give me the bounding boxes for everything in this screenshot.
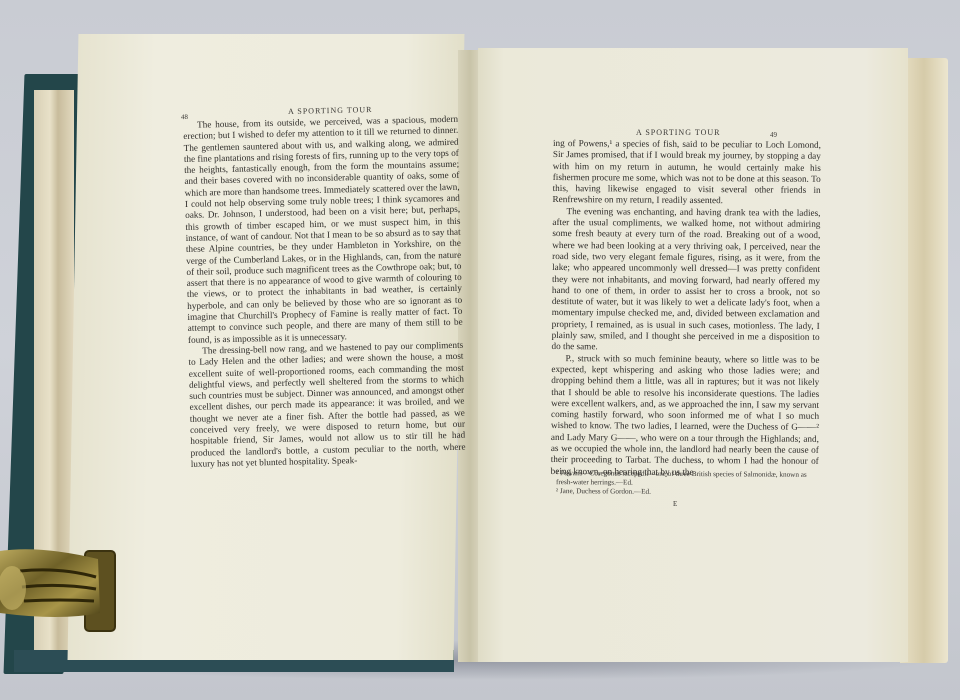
brass-hand-bookmark-icon [0, 543, 116, 635]
left-paragraph-1: The house, from its outside, we perceive… [183, 114, 463, 346]
signature-mark: E [673, 500, 677, 508]
right-page-number: 49 [770, 131, 777, 139]
right-paragraph-2: The evening was enchanting, and having d… [552, 206, 821, 355]
right-running-head: A SPORTING TOUR [636, 128, 720, 137]
right-paragraph-1: ing of Powens,¹ a species of fish, said … [553, 138, 821, 208]
footnote-1: ¹ Powans—Coregonus lacepedii—one of thre… [556, 469, 821, 489]
footnotes: ¹ Powans—Coregonus lacepedii—one of thre… [556, 469, 821, 498]
right-page-text: ing of Powens,¹ a species of fish, said … [551, 138, 821, 479]
left-running-head: A SPORTING TOUR [288, 105, 373, 116]
footnote-2: ² Jane, Duchess of Gordon.—Ed. [556, 487, 821, 498]
left-paragraph-2: The dressing-bell now rang, and we haste… [188, 340, 466, 470]
right-paragraph-3: P., struck with so much feminine beauty,… [551, 353, 820, 479]
left-page-text: The house, from its outside, we perceive… [183, 114, 466, 470]
